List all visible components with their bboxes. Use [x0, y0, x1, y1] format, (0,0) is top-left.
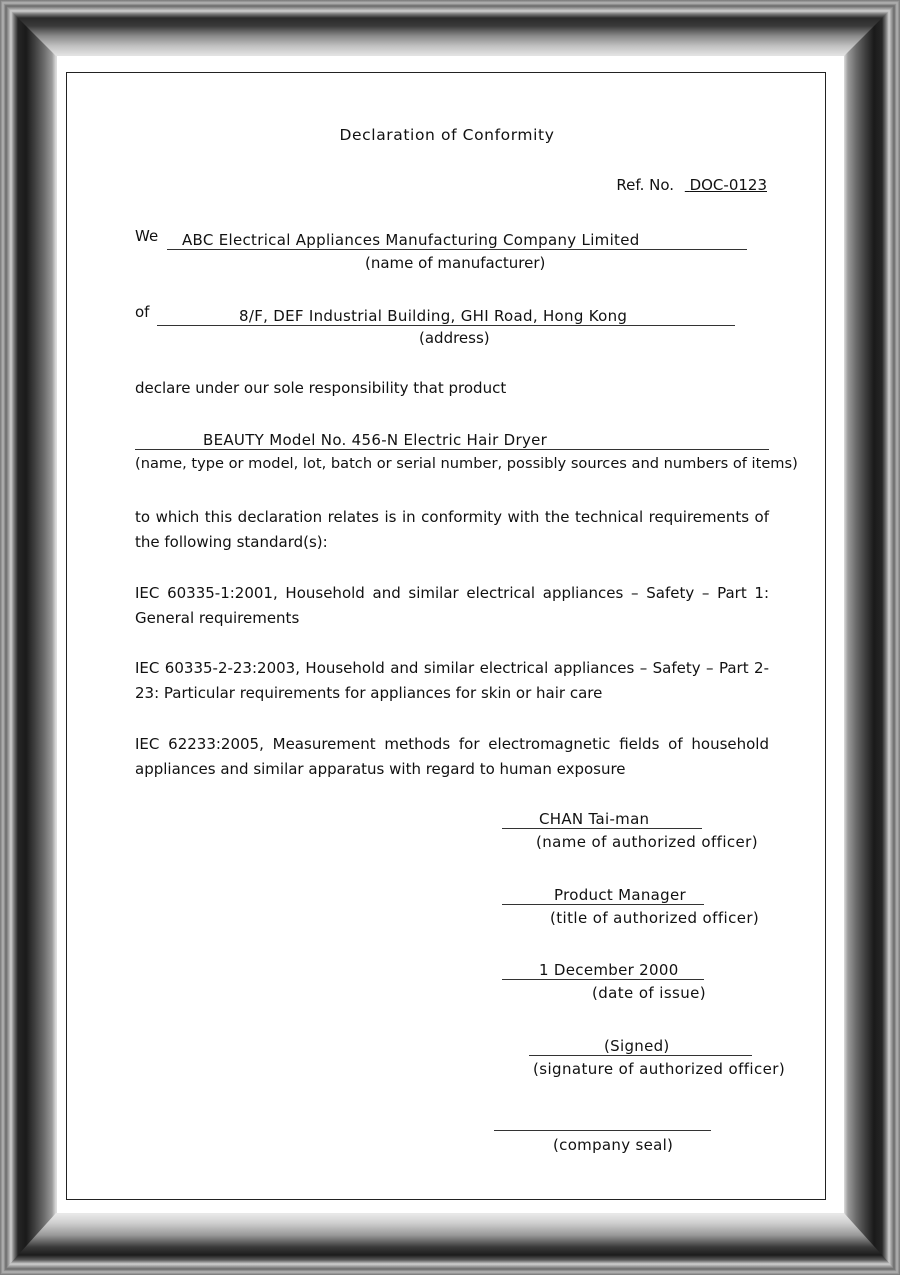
date-field: 1 December 2000 [502, 959, 704, 980]
frame-left [0, 0, 57, 1275]
ref-label: Ref. No. [616, 176, 674, 194]
frame-top [0, 0, 900, 56]
we-label: We [135, 227, 158, 245]
declare-text: declare under our sole responsibility th… [135, 379, 506, 397]
officer-name: CHAN Tai-man [539, 810, 649, 828]
conformity-text: to which this declaration relates is in … [135, 505, 769, 555]
officer-name-field: CHAN Tai-man [502, 808, 702, 829]
signature-value: (Signed) [604, 1037, 670, 1055]
officer-title-caption: (title of authorized officer) [550, 909, 759, 927]
manufacturer-name: ABC Electrical Appliances Manufacturing … [182, 231, 640, 249]
standard-1: IEC 60335-1:2001, Household and similar … [135, 581, 769, 631]
address-field: 8/F, DEF Industrial Building, GHI Road, … [157, 305, 735, 326]
frame-bottom [0, 1213, 900, 1275]
address-caption: (address) [419, 329, 490, 347]
manufacturer-caption: (name of manufacturer) [365, 254, 545, 272]
frame-right [843, 0, 900, 1275]
ref-value: DOC-0123 [679, 176, 767, 194]
signature-field: (Signed) [529, 1035, 752, 1056]
address-row: of [135, 303, 149, 321]
officer-title-field: Product Manager [502, 884, 704, 905]
date-of-issue: 1 December 2000 [539, 961, 679, 979]
document-title: Declaration of Conformity [67, 126, 827, 144]
standard-3: IEC 62233:2005, Measurement methods for … [135, 732, 769, 782]
of-label: of [135, 303, 149, 321]
standard-2: IEC 60335-2-23:2003, Household and simil… [135, 656, 769, 706]
officer-name-caption: (name of authorized officer) [536, 833, 758, 851]
product-field: BEAUTY Model No. 456-N Electric Hair Dry… [135, 429, 769, 450]
date-caption: (date of issue) [592, 984, 706, 1002]
signature-caption: (signature of authorized officer) [533, 1060, 785, 1078]
officer-title: Product Manager [554, 886, 686, 904]
company-seal-caption: (company seal) [553, 1136, 673, 1154]
reference-number: Ref. No. DOC-0123 [616, 176, 767, 194]
company-seal-field [494, 1110, 711, 1131]
address-value: 8/F, DEF Industrial Building, GHI Road, … [239, 307, 627, 325]
manufacturer-row: We [135, 227, 158, 245]
product-value: BEAUTY Model No. 456-N Electric Hair Dry… [203, 431, 547, 449]
manufacturer-field: ABC Electrical Appliances Manufacturing … [167, 229, 747, 250]
document-page: Declaration of Conformity Ref. No. DOC-0… [66, 72, 826, 1200]
product-caption: (name, type or model, lot, batch or seri… [135, 455, 798, 472]
